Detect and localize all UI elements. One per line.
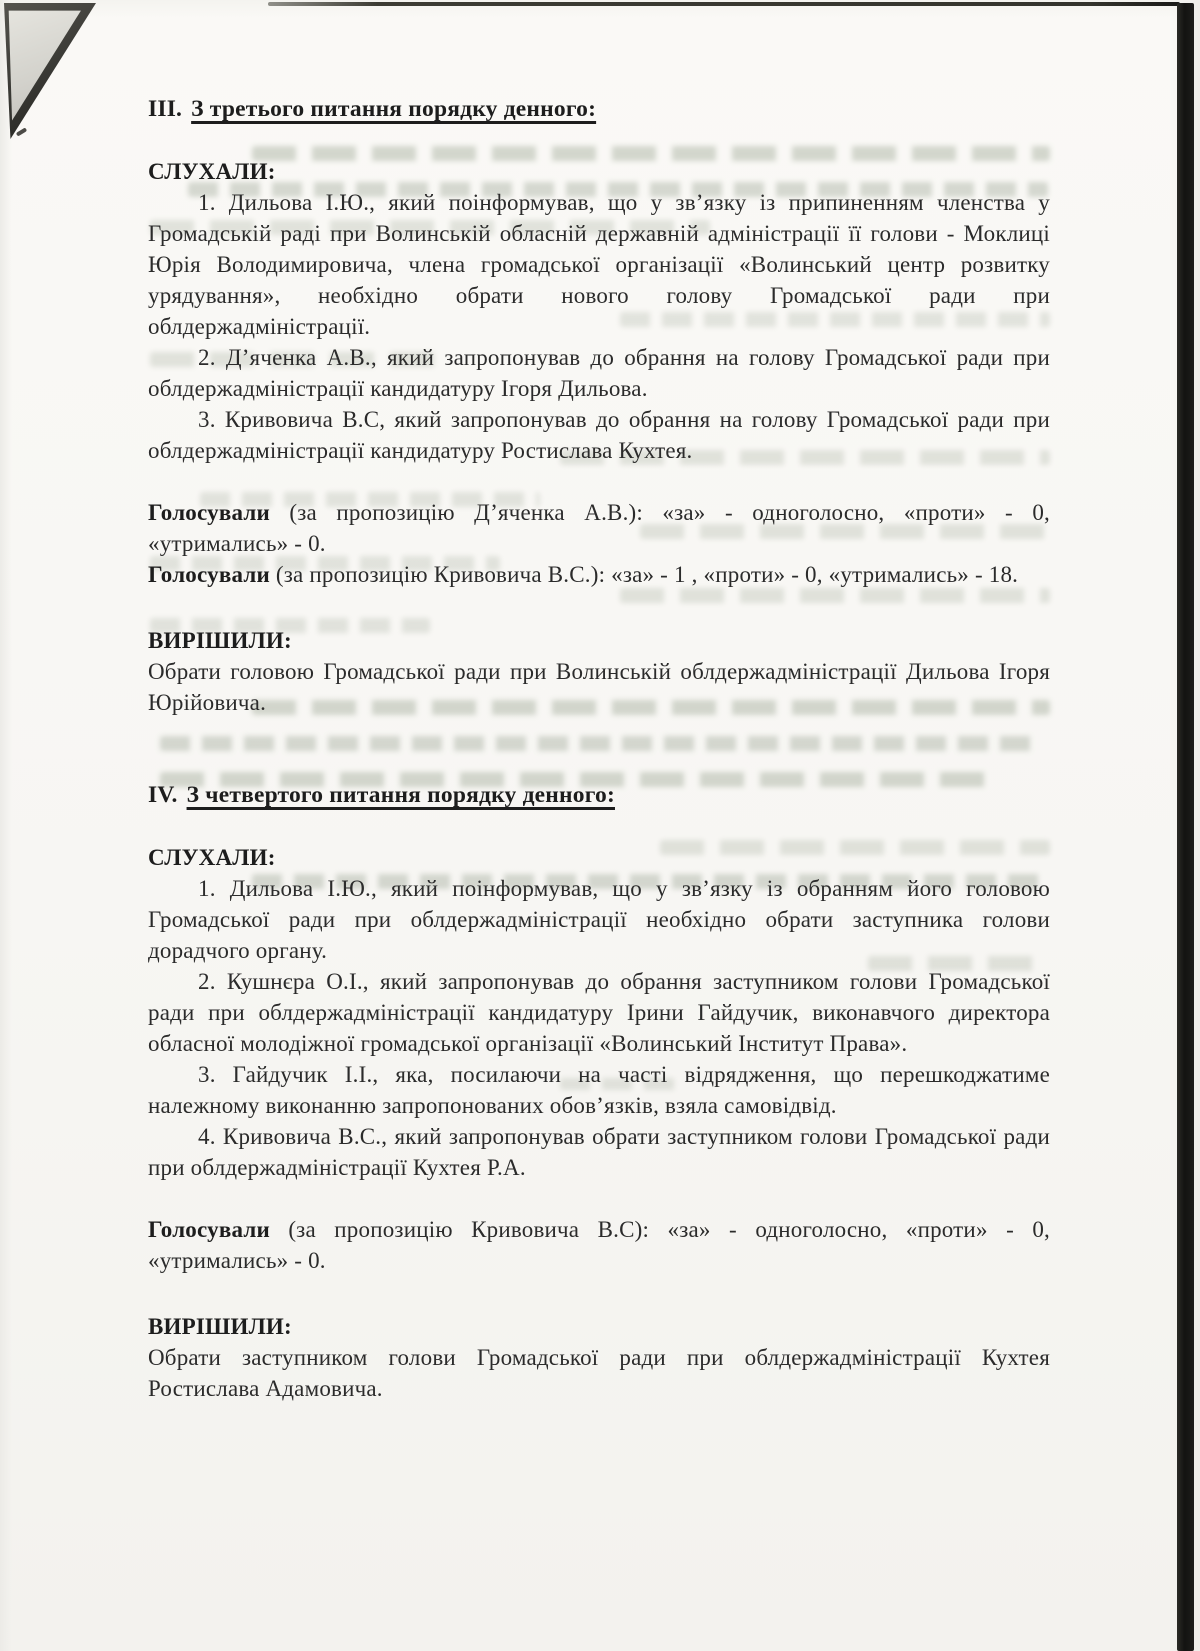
vote-label: Голосували [148,562,270,587]
section-number: III. [148,96,182,122]
corner-speck [16,127,27,136]
section-third-question: III.З третього питання порядку денного: … [148,94,1050,718]
section-title: З третього питання порядку денного: [191,96,596,122]
decided-label: ВИРІШИЛИ: [148,1311,1050,1342]
scan-right-edge-bar [1177,3,1194,1651]
heard-item-1: 1. Дильова І.Ю., який поінформував, що у… [148,187,1050,342]
section-heading: IV.З четвертого питання порядку денного: [148,780,1050,811]
vote-record-2: Голосували (за пропозицію Кривовича В.С.… [148,559,1050,590]
section-fourth-question: IV.З четвертого питання порядку денного:… [148,780,1050,1404]
vote-record-1: Голосували (за пропозицію Кривовича В.С)… [148,1214,1050,1276]
vote-text: (за пропозицію Кривовича В.С.): «за» - 1… [270,562,1018,587]
section-number: IV. [148,782,178,808]
decision-text: Обрати головою Громадської ради при Воли… [148,656,1050,718]
heard-item-2: 2. Кушнєра О.І., який запропонував до об… [148,966,1050,1059]
vote-label: Голосували [148,1217,270,1242]
vote-label: Голосували [148,500,270,525]
section-title: З четвертого питання порядку денного: [187,782,615,808]
scanned-document-page: III.З третього питання порядку денного: … [0,0,1200,1651]
heard-label: СЛУХАЛИ: [148,842,1050,873]
heard-label: СЛУХАЛИ: [148,156,1050,187]
decision-text: Обрати заступником голови Громадської ра… [148,1342,1050,1404]
document-body: III.З третього питання порядку денного: … [148,94,1050,1404]
heard-item-1: 1. Дильова І.Ю., який поінформував, що у… [148,873,1050,966]
heard-item-3: 3. Гайдучик І.І., яка, посилаючи на част… [148,1059,1050,1121]
section-heading: III.З третього питання порядку денного: [148,94,1050,125]
heard-item-2: 2. Д’яченка А.В., який запропонував до о… [148,342,1050,404]
scan-top-edge-line [268,2,1180,6]
heard-item-3: 3. Кривовича В.С, який запропонував до о… [148,404,1050,466]
heard-item-4: 4. Кривовича В.С., який запропонував обр… [148,1121,1050,1183]
vote-record-1: Голосували (за пропозицію Д’яченка А.В.)… [148,497,1050,559]
decided-label: ВИРІШИЛИ: [148,625,1050,656]
page-corner-fold [0,0,98,142]
vote-text: (за пропозицію Кривовича В.С): «за» - од… [148,1217,1050,1273]
vote-text: (за пропозицію Д’яченка А.В.): «за» - од… [148,500,1050,556]
